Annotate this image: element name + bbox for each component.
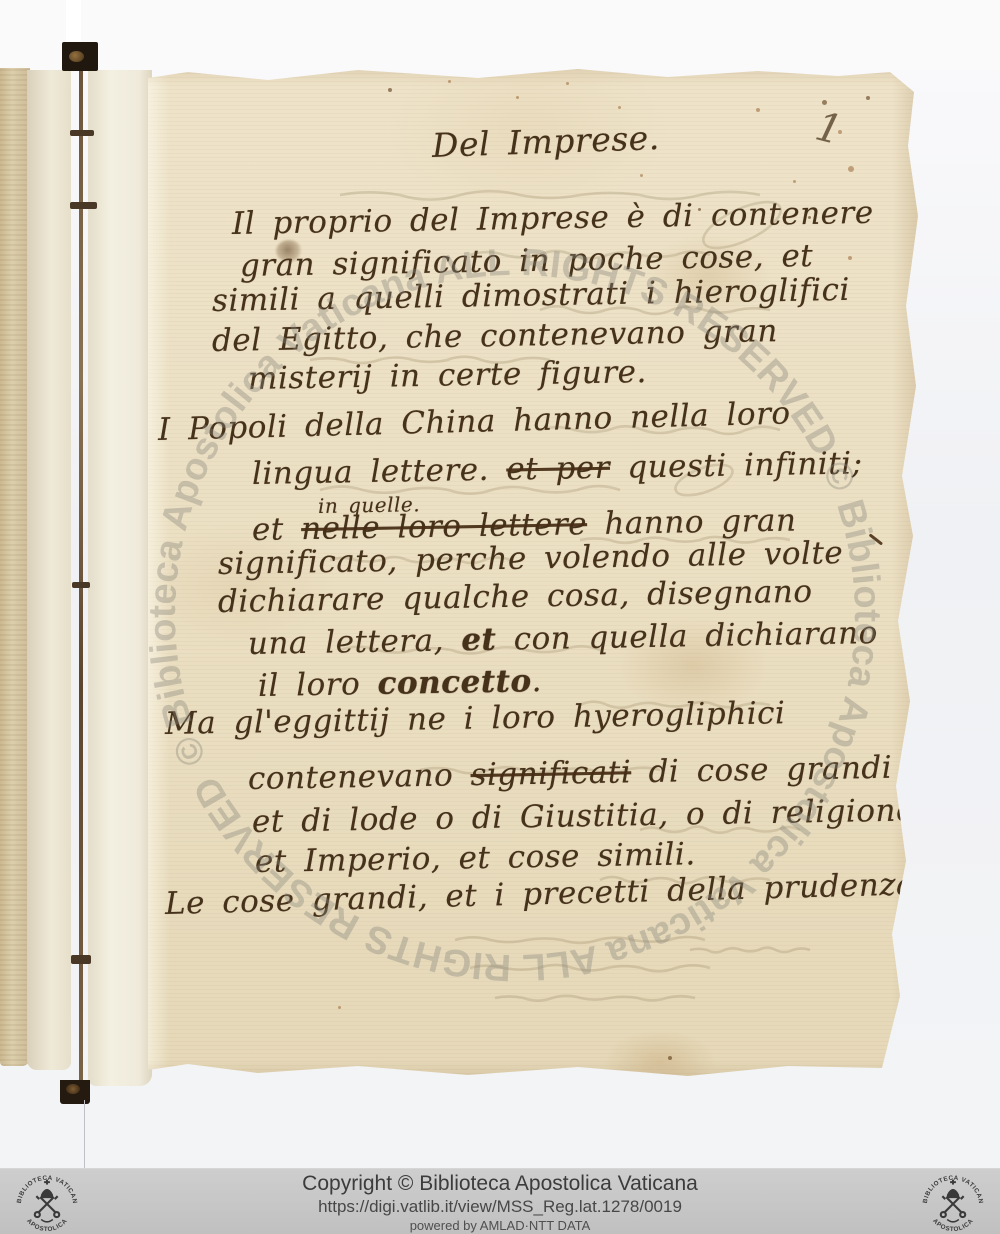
binding-guard-strip	[88, 70, 152, 1086]
stitch-mark	[71, 955, 91, 964]
manuscript-page: Del Imprese.Il proprio del Imprese è di …	[148, 66, 922, 1086]
vatican-library-logo	[922, 1171, 984, 1233]
manuscript-line: del Egitto, che contenevano gran	[212, 313, 778, 359]
footer-text: Copyright © Biblioteca Apostolica Vatica…	[0, 1172, 1000, 1234]
footer-url: https://digi.vatlib.it/view/MSS_Reg.lat.…	[0, 1196, 1000, 1217]
binding-tab-top	[62, 42, 98, 71]
copyright-footer-bar: BIBLIOTECA VATICANA APOSTOLICA	[0, 1168, 1000, 1234]
digitized-manuscript-viewer: Del Imprese.Il proprio del Imprese è di …	[0, 0, 1000, 1234]
manuscript-line: una lettera, et con quella dichiarano	[248, 615, 878, 662]
binding-tab-bottom	[60, 1080, 90, 1104]
manuscript-line: misterij in certe figure.	[248, 354, 647, 397]
manuscript-line: contenevano significati di cose grandi	[248, 750, 893, 797]
scan-top-margin	[0, 0, 1000, 70]
footer-powered-by: powered by AMLAD·NTT DATA	[0, 1217, 1000, 1234]
gutter-shadow-line	[84, 1100, 85, 1168]
binding-strip	[27, 70, 71, 1070]
manuscript-line: lingua lettere. et per questi infiniti;	[252, 445, 863, 492]
handwritten-text-block: Del Imprese.Il proprio del Imprese è di …	[148, 66, 922, 1086]
footer-copyright: Copyright © Biblioteca Apostolica Vatica…	[0, 1172, 1000, 1196]
manuscript-title: Del Imprese.	[431, 118, 660, 165]
manuscript-line: I Popoli della China hanno nella loro	[158, 395, 791, 448]
manuscript-line: dichiarare qualche cosa, disegnano	[218, 574, 813, 620]
stitch-mark	[70, 130, 94, 136]
manuscript-line: Il proprio del Imprese è di contenere	[232, 195, 874, 242]
manuscript-line: et di lode o di Giustitia, o di religion…	[252, 792, 915, 840]
book-block-edge	[0, 68, 30, 1066]
stitch-mark	[70, 202, 97, 209]
spine-notch	[66, 0, 81, 45]
manuscript-line: il loro concetto.	[258, 663, 543, 704]
stitch-mark	[72, 582, 90, 588]
